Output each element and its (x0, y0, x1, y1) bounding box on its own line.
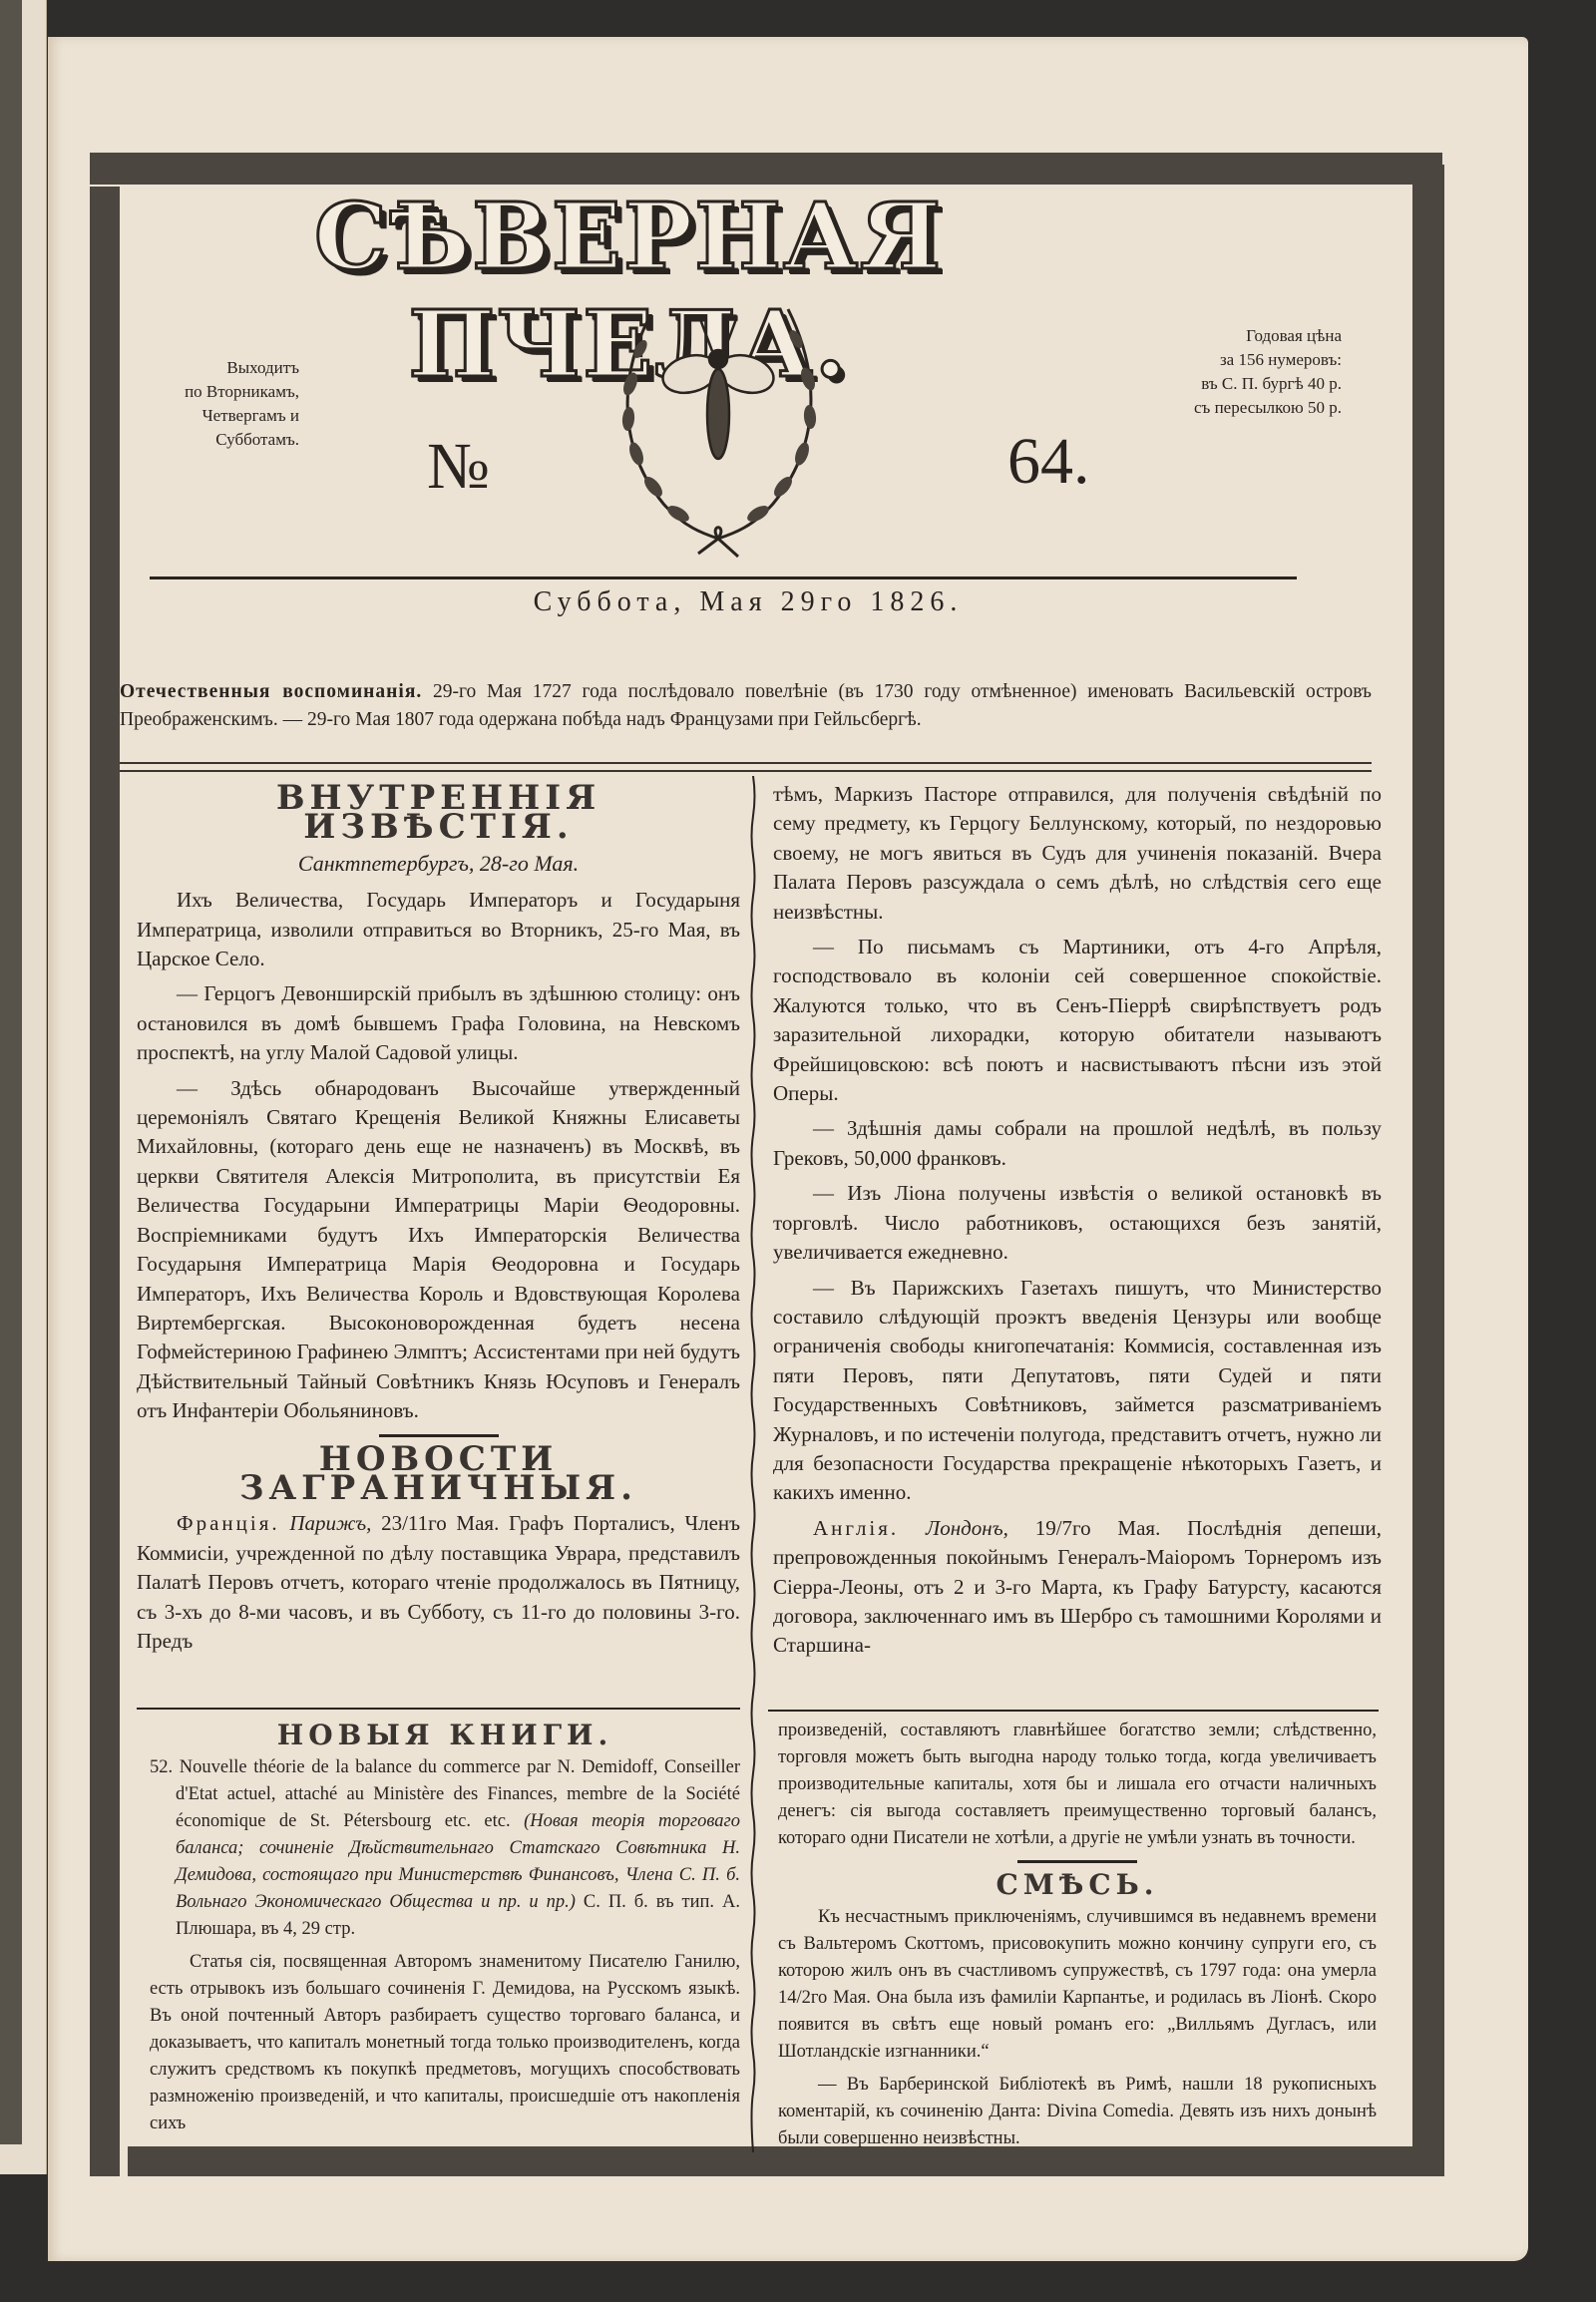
misc-paragraph: — Въ Барберинской Библіотекѣ въ Римѣ, на… (778, 2072, 1377, 2152)
bee-wreath-icon (579, 289, 858, 559)
book-number: 52. (150, 1757, 173, 1777)
city-label: Лондонъ, (926, 1516, 1008, 1540)
frame-right (1412, 165, 1444, 2149)
lower-section-rule-left (137, 1708, 740, 1710)
misc-paragraph: Къ несчастнымъ приключеніямъ, случившимс… (778, 1904, 1377, 2066)
schedule-line: по Вторникамъ, (120, 380, 299, 404)
subscription-price: Годовая цѣна за 156 нумеровъ: въ С. П. б… (1082, 324, 1342, 420)
left-column-top: ВНУТРЕННІЯ ИЗВѢСТІЯ. Санктпетербургъ, 28… (137, 780, 740, 1662)
book-review-continued: произведеній, составляютъ главнѣйшее бог… (778, 1718, 1377, 1852)
section-double-rule (120, 762, 1372, 772)
new-books-heading: НОВЫЯ КНИГИ. (150, 1722, 740, 1748)
frame-left (90, 187, 120, 2176)
domestic-paragraph: — Здѣсь обнародованъ Высочайше утвержден… (137, 1074, 740, 1426)
previous-page-edge (0, 0, 47, 2174)
domestic-paragraph: Ихъ Величества, Государь Императоръ и Го… (137, 886, 740, 973)
price-line: въ С. П. бургѣ 40 р. (1082, 372, 1342, 396)
section-rule (379, 1434, 499, 1437)
foreign-paragraph-england: Англія. Лондонъ, 19/7го Мая. Послѣднія д… (773, 1514, 1382, 1661)
memorials-label: Отечественныя воспоминанія. (120, 681, 422, 702)
misc-heading: СМѢСЬ. (778, 1871, 1377, 1898)
right-column-bottom: произведеній, составляютъ главнѣйшее бог… (778, 1718, 1377, 2158)
foreign-paragraph: — Въ Парижскихъ Газетахъ пишутъ, что Мин… (773, 1274, 1382, 1508)
lower-section-rule-right (768, 1710, 1379, 1712)
national-memorials: Отечественныя воспоминанія. 29-го Мая 17… (120, 678, 1372, 734)
schedule-line: Четвергамъ и (120, 404, 299, 428)
schedule-line: Выходитъ (120, 356, 299, 380)
foreign-paragraph: — Здѣшнія дамы собрали на прошлой недѣлѣ… (773, 1114, 1382, 1173)
domestic-paragraph: — Герцогъ Девонширскій прибылъ въ здѣшню… (137, 979, 740, 1067)
book-entry: 52. Nouvelle théorie de la balance du co… (150, 1754, 740, 1943)
issue-number: 64. (1007, 424, 1090, 500)
country-label: Франція. (177, 1511, 280, 1535)
publication-schedule: Выходитъ по Вторникамъ, Четвергамъ и Суб… (120, 356, 299, 452)
number-sign: № (427, 429, 490, 505)
new-books-section: НОВЫЯ КНИГИ. 52. Nouvelle théorie de la … (150, 1718, 740, 2143)
price-line: Годовая цѣна (1082, 324, 1342, 348)
country-label: Англія. (813, 1516, 899, 1540)
masthead-rule (150, 576, 1297, 579)
city-label: Парижъ, (289, 1511, 371, 1535)
price-line: за 156 нумеровъ: (1082, 348, 1342, 372)
column-divider (750, 776, 756, 2152)
price-line: съ пересылкою 50 р. (1082, 396, 1342, 420)
book-review: Статья сія, посвященная Авторомъ знамени… (150, 1949, 740, 2137)
right-column-top: тѣмъ, Маркизъ Пасторе отправился, для по… (773, 780, 1382, 1667)
foreign-paragraph: тѣмъ, Маркизъ Пасторе отправился, для по… (773, 780, 1382, 927)
frame-top (90, 153, 1442, 185)
schedule-line: Субботамъ. (120, 428, 299, 452)
foreign-paragraph-france: Франція. Парижъ, 23/11го Мая. Графъ Порт… (137, 1509, 740, 1656)
domestic-dateline: Санктпетербургъ, 28-го Мая. (137, 849, 740, 878)
previous-page-frame (0, 0, 22, 2144)
issue-date: Суббота, Мая 29го 1826. (120, 586, 1377, 618)
foreign-news-heading: НОВОСТИ ЗАГРАНИЧНЫЯ. (137, 1445, 740, 1504)
domestic-news-heading: ВНУТРЕННІЯ ИЗВѢСТІЯ. (137, 784, 740, 843)
section-rule (1017, 1860, 1137, 1863)
foreign-paragraph: — По письмамъ съ Мартиники, отъ 4-го Апр… (773, 933, 1382, 1108)
foreign-paragraph: — Изъ Ліона получены извѣстія о великой … (773, 1179, 1382, 1267)
